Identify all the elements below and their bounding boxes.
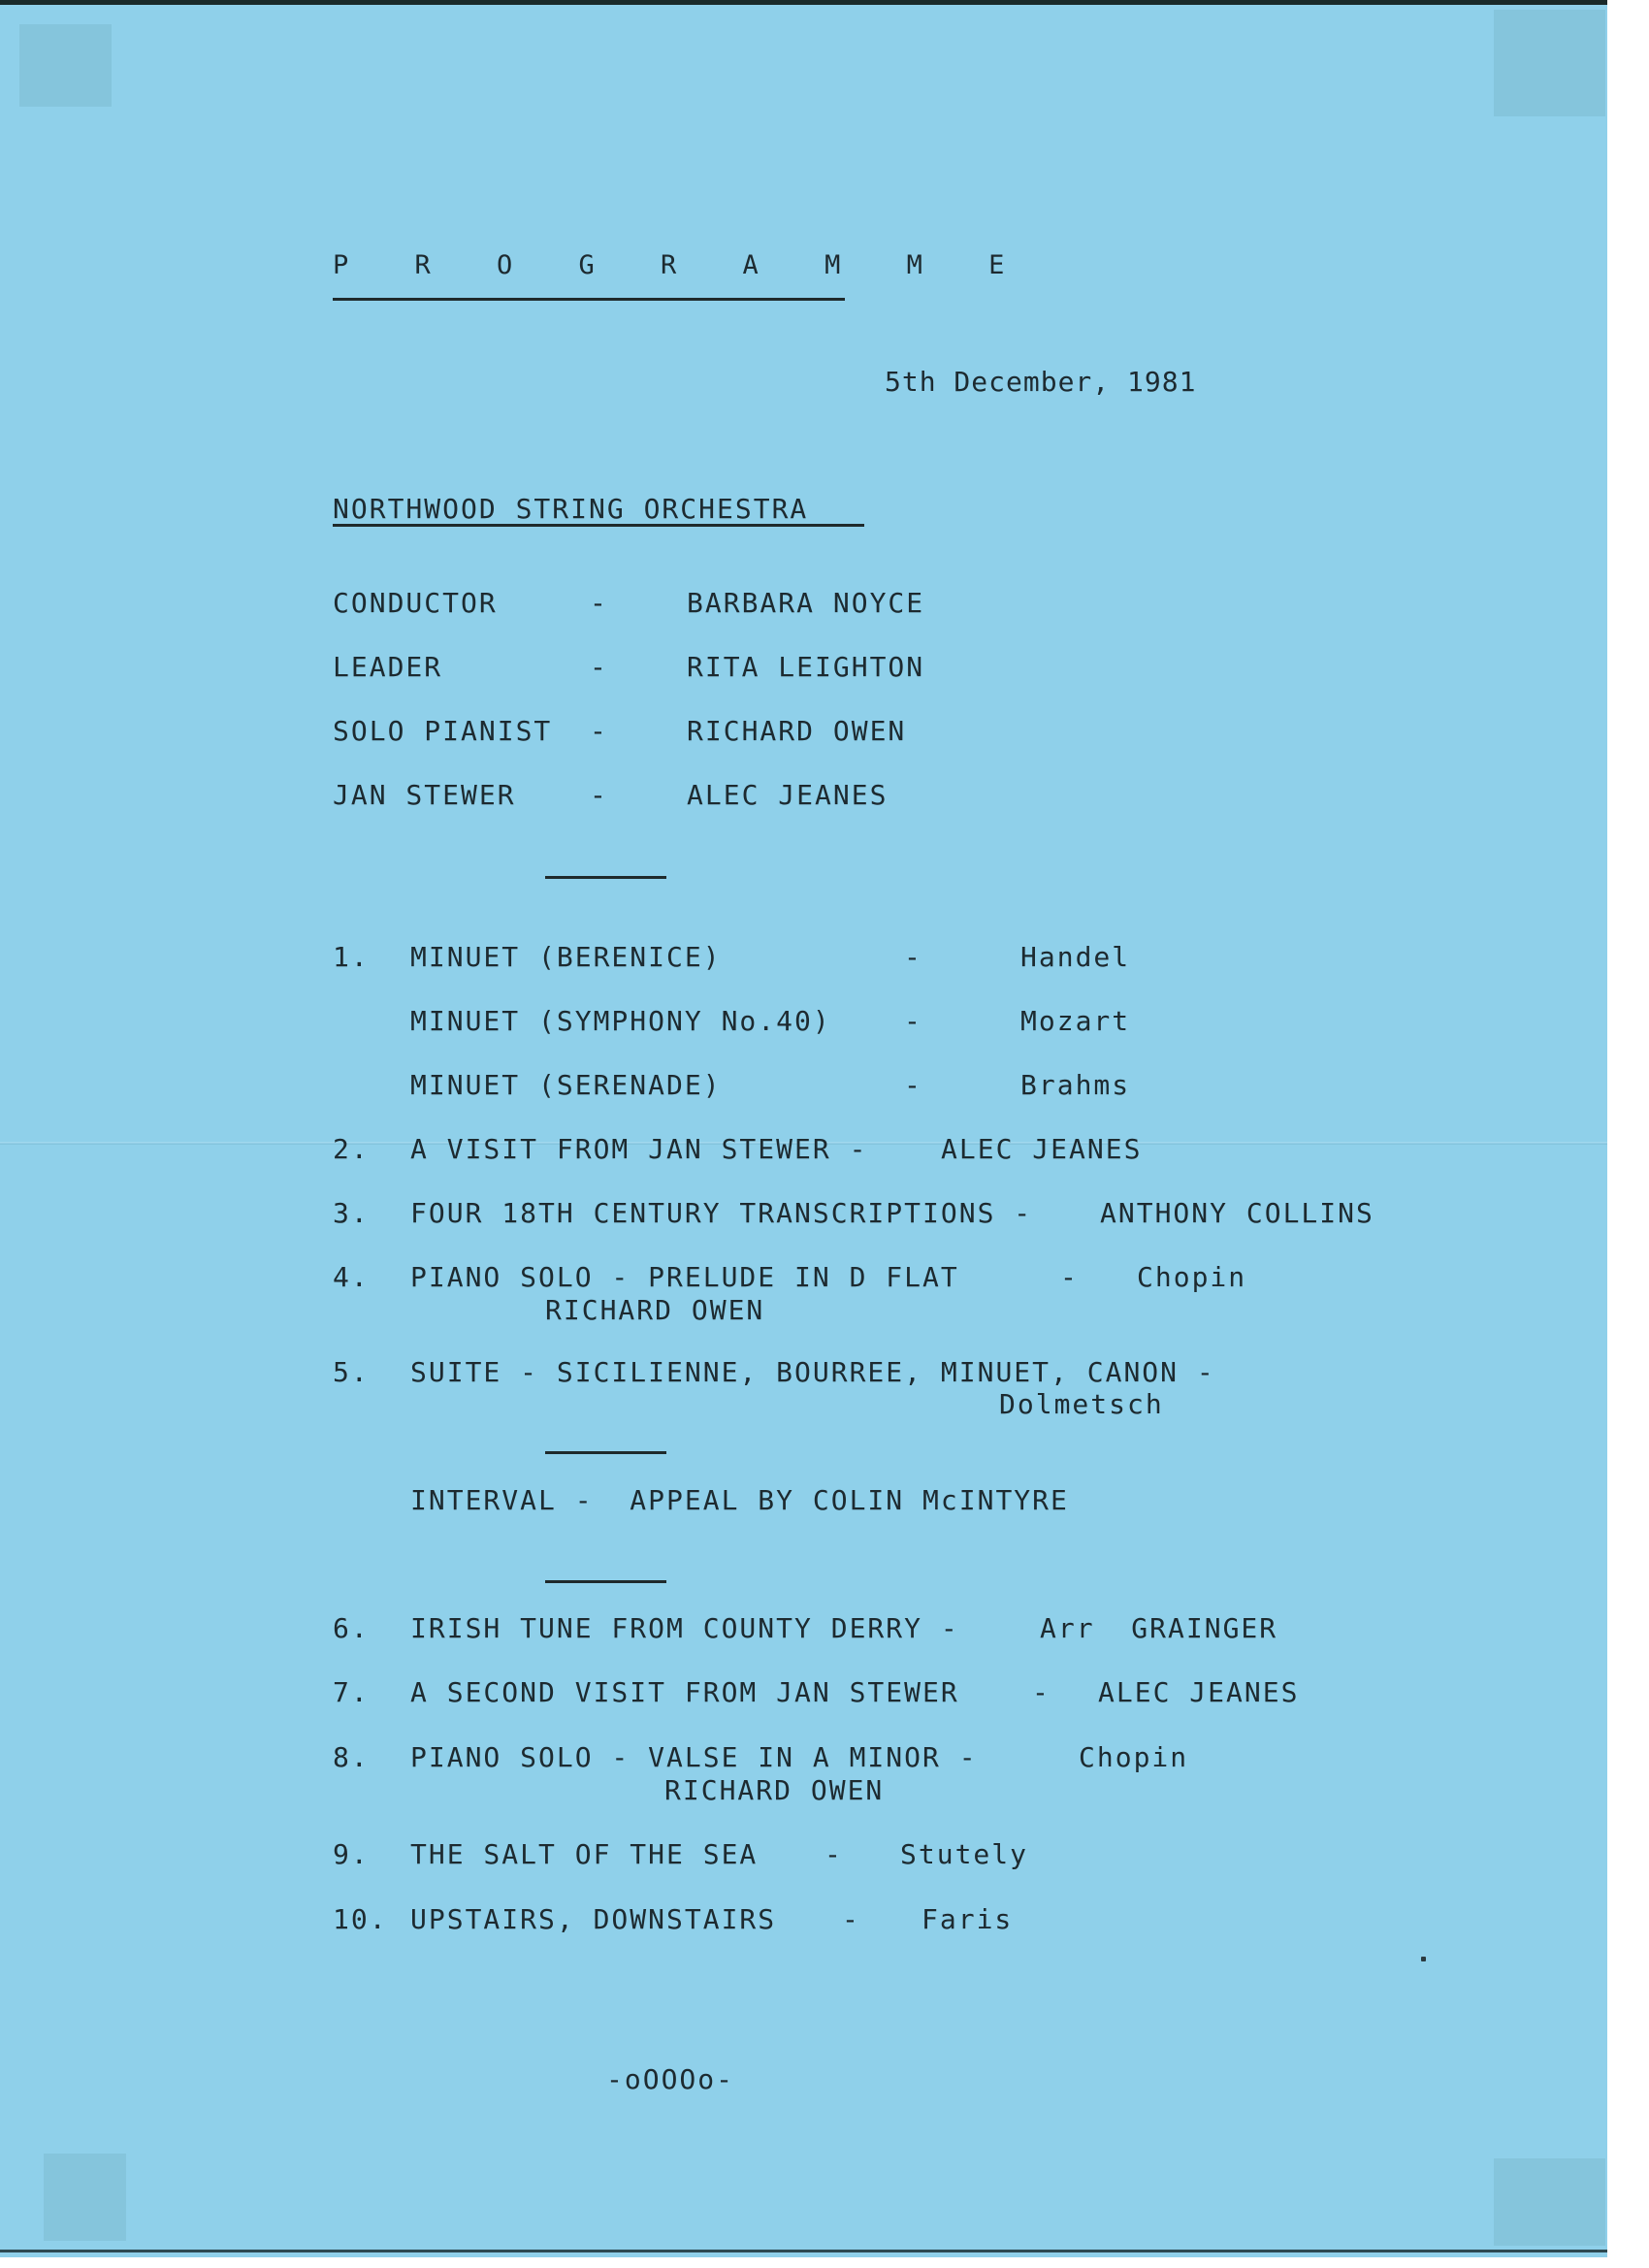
item-title: IRISH TUNE FROM COUNTY DERRY - [410,1612,959,1644]
item-title: THE SALT OF THE SEA [410,1838,758,1870]
item-composer: Brahms [1020,1069,1130,1101]
title-underline [333,298,845,301]
end-mark: -oOOOo- [606,2063,734,2095]
corner-stain [1494,10,1605,116]
corner-stain [1494,2158,1605,2246]
paper-edge [0,2250,1607,2252]
item-composer: ALEC JEANES [1098,1676,1299,1708]
item-number: 5. [333,1356,370,1388]
item-title: A VISIT FROM JAN STEWER - [410,1133,867,1165]
item-title: MINUET (SYMPHONY No.40) [410,1005,831,1037]
item-dash: - [1032,1676,1051,1708]
item-title: PIANO SOLO - PRELUDE IN D FLAT [410,1261,959,1293]
item-number: 7. [333,1676,370,1708]
item-dash: - [904,1069,922,1101]
item-number: 6. [333,1612,370,1644]
item-number: 8. [333,1741,370,1773]
section-divider [545,1580,666,1583]
item-number: 3. [333,1197,370,1229]
personnel-role: CONDUCTOR [333,587,498,619]
item-title: SUITE - SICILIENNE, BOURREE, MINUET, CAN… [410,1356,1215,1388]
item-title: UPSTAIRS, DOWNSTAIRS [410,1903,776,1935]
personnel-name: RICHARD OWEN [687,715,906,747]
concert-date: 5th December, 1981 [885,366,1196,398]
personnel-name: BARBARA NOYCE [687,587,924,619]
orchestra-underline [333,524,864,527]
item-performer: RICHARD OWEN [545,1294,764,1326]
personnel-name: ALEC JEANES [687,779,888,811]
item-composer: Mozart [1020,1005,1130,1037]
personnel-dash: - [590,587,608,619]
item-number: 10. [333,1903,388,1935]
personnel-role: SOLO PIANIST [333,715,552,747]
personnel-dash: - [590,779,608,811]
item-title: MINUET (BERENICE) [410,941,722,973]
corner-stain [44,2154,126,2241]
item-number: 1. [333,941,370,973]
item-composer: Chopin [1137,1261,1246,1293]
item-composer: Stutely [900,1838,1028,1870]
section-divider [545,1451,666,1454]
item-composer: ALEC JEANES [941,1133,1142,1165]
item-title: PIANO SOLO - VALSE IN A MINOR - [410,1741,978,1773]
personnel-dash: - [590,651,608,683]
page-title: P R O G R A M M E [333,250,1029,280]
item-performer: RICHARD OWEN [664,1774,884,1806]
orchestra-heading: NORTHWOOD STRING ORCHESTRA [333,493,808,525]
interval-note: INTERVAL - APPEAL BY COLIN McINTYRE [410,1484,1069,1516]
item-dash: - [842,1903,860,1935]
item-dash: - [904,941,922,973]
ink-speck [1421,1957,1426,1961]
item-composer: Arr GRAINGER [1040,1612,1277,1644]
item-title: A SECOND VISIT FROM JAN STEWER [410,1676,959,1708]
item-number: 2. [333,1133,370,1165]
item-dash: - [824,1838,843,1870]
item-composer: Chopin [1079,1741,1188,1773]
corner-stain [19,24,112,107]
item-number: 9. [333,1838,370,1870]
item-composer: Handel [1020,941,1130,973]
item-title: MINUET (SERENADE) [410,1069,722,1101]
item-dash: - [904,1005,922,1037]
item-dash: - [1060,1261,1079,1293]
item-composer: Faris [921,1903,1013,1935]
programme-sheet [0,0,1607,2257]
item-composer: ANTHONY COLLINS [1100,1197,1374,1229]
item-title: FOUR 18TH CENTURY TRANSCRIPTIONS - [410,1197,1032,1229]
personnel-role: JAN STEWER [333,779,516,811]
personnel-dash: - [590,715,608,747]
section-divider [545,876,666,879]
personnel-name: RITA LEIGHTON [687,651,924,683]
item-number: 4. [333,1261,370,1293]
item-composer: Dolmetsch [999,1388,1164,1420]
personnel-role: LEADER [333,651,442,683]
